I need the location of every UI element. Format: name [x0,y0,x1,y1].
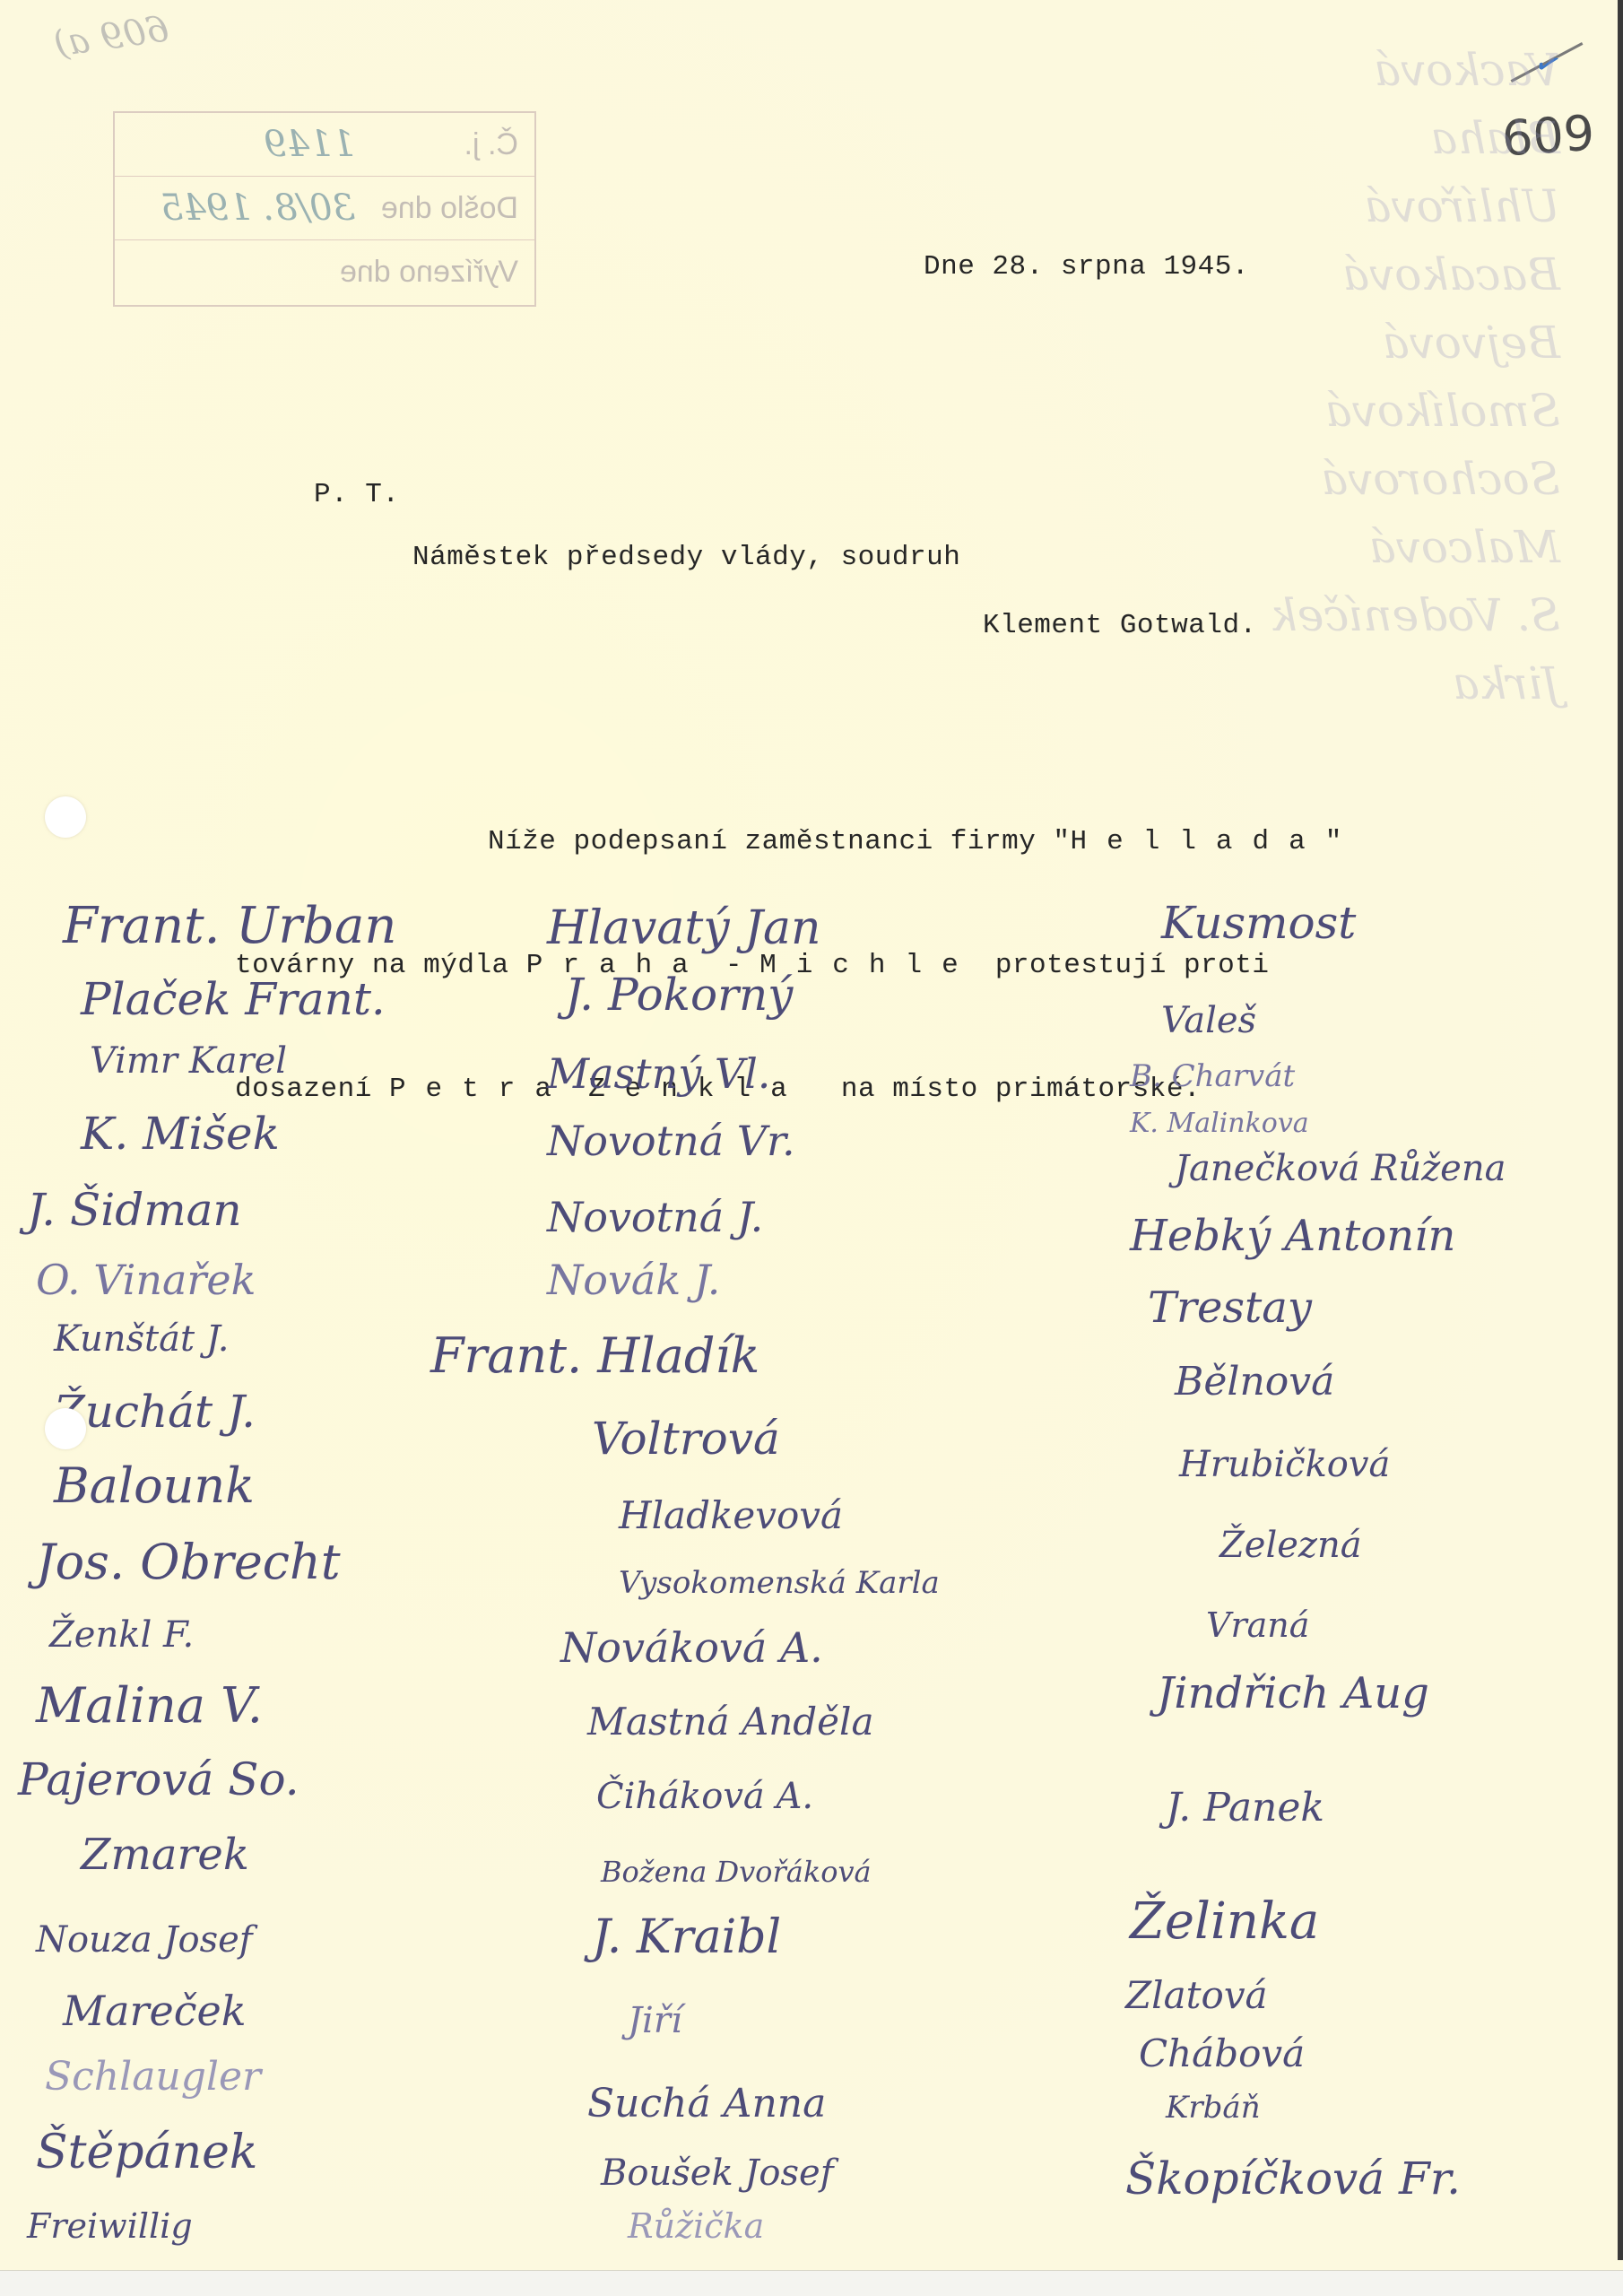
signature: Mastný Vl. [547,1049,770,1098]
signature: Pajerová So. [18,1753,299,1805]
signature: Čiháková A. [596,1776,813,1817]
signature: Kusmost [1161,897,1356,949]
punch-hole [45,796,86,838]
bleed-name: Jirka [1219,649,1560,717]
signature: Chábová [1139,2031,1305,2075]
stamp-row-received: Došlo dne 30/8. 1945 [115,177,534,240]
pencil-corner-mark: 609 a) [51,8,171,65]
date-line: Dne 28. srpna 1945. [924,251,1249,283]
signature: J. Šidman [27,1184,242,1236]
firm-name: Hellada [1071,826,1325,857]
addressee-line: Náměstek předsedy vlády, soudruh [412,542,960,573]
signature: Jindřich Aug [1157,1668,1429,1718]
stamp-handwritten-value: 30/8. 1945 [161,187,355,229]
signature: Suchá Anna [587,2081,826,2126]
signature: Frant. Hladík [430,1327,759,1384]
text: Níže podepsaní zaměstnanci firmy " [488,826,1071,857]
bleed-name: Bejvová [1219,309,1560,377]
signature: Valeš [1161,1000,1256,1041]
signature: Frant. Urban [63,897,396,955]
signature: Hebký Antonín [1130,1211,1455,1261]
signature: Vysokomenská Karla [619,1565,940,1601]
person-name: Petra [389,1074,571,1105]
signature: Vraná [1206,1605,1309,1645]
bleed-name: Malcová [1219,513,1560,581]
signature: Hladkevová [619,1493,843,1537]
signature: Kunštát J. [54,1318,229,1360]
signature: Hlavatý Jan [547,901,821,955]
signature: Božena Dvořáková [601,1855,872,1889]
signature: Želinka [1130,1892,1319,1951]
signature: Novotná J. [547,1193,763,1241]
signature: Hrubičková [1179,1444,1390,1485]
recipient-name: Klement Gotwald. [983,610,1257,641]
body-line-1: Níže podepsaní zaměstnanci firmy "Hellad… [235,822,1342,863]
stamp-label: Č. j. [464,127,518,162]
bleed-name: S. Vodeníček [1219,581,1560,649]
signature: Balounk [54,1457,255,1514]
signature: Vimr Karel [90,1040,287,1082]
signature: Malina V. [36,1677,263,1734]
signature: O. Vinařek [36,1256,256,1304]
bleed-name: Vacková [1219,36,1560,104]
signature: Boušek Josef [601,2152,834,2194]
signature: Voltrová [592,1413,780,1465]
signature: Nováková A. [560,1623,823,1672]
signature: Novák J. [547,1256,720,1304]
bleed-name: Bacaková [1219,240,1560,309]
page-edge-bottom [0,2270,1623,2296]
signature: J. Panek [1166,1785,1324,1831]
signature: K. Malinkova [1130,1108,1309,1139]
signature: Plaček Frant. [81,973,386,1025]
signature: Novotná Vr. [547,1117,795,1165]
signature: Janečková Růžena [1175,1148,1506,1189]
bleed-name: Smolíková [1219,377,1560,445]
signature: Jos. Obrecht [36,1534,341,1590]
signature: Mareček [63,1987,247,2035]
signature: B. Charvát [1130,1058,1295,1094]
signature: Trestay [1148,1283,1312,1333]
stamp-row-processed: Vyřízeno dne [115,240,534,303]
signature: Bělnová [1175,1359,1334,1405]
signature: Růžička [628,2206,764,2246]
stamp-row-reference: Č. j. 1149 [115,113,534,177]
text: " [1325,826,1342,857]
signature: Železná [1219,1525,1362,1566]
document-page: 609 a) Č. j. 1149 Došlo dne 30/8. 1945 V… [0,0,1623,2296]
signature: J. Kraibl [592,1910,781,1964]
signature: Ženkl F. [49,1614,194,1656]
salutation: P. T. [314,479,400,510]
signature: Krbáň [1166,2090,1261,2126]
stamp-label: Došlo dne [381,191,518,226]
signature: Škopíčková Fr. [1125,2152,1461,2205]
signature: Schlaugler [45,2054,261,2100]
signature: Štěpánek [36,2126,257,2179]
bleed-name: Uhlířová [1219,172,1560,240]
text: protestují proti [978,950,1270,981]
bleed-through-names: Vacková Blaha Uhlířová Bacaková Bejvová … [1219,36,1560,717]
signature: Mastná Anděla [587,1700,874,1744]
stamp-label: Vyřízeno dne [340,255,518,290]
signature: K. Mišek [81,1108,280,1160]
signature: J. Pokorný [565,969,793,1021]
signature: Jiří [628,2000,682,2041]
signature: Zmarek [81,1830,249,1880]
bleed-name: Blaha [1219,104,1560,172]
stamp-handwritten-value: 1149 [264,124,355,165]
bleed-name: Sochorová [1219,445,1560,513]
registry-stamp: Č. j. 1149 Došlo dne 30/8. 1945 Vyřízeno… [113,111,536,307]
signature: Nouza Josef [36,1919,253,1961]
signature: Freiwillig [27,2206,193,2246]
punch-hole [45,1408,86,1449]
page-edge-right [1618,0,1623,2260]
signature: Zlatová [1125,1973,1268,2017]
